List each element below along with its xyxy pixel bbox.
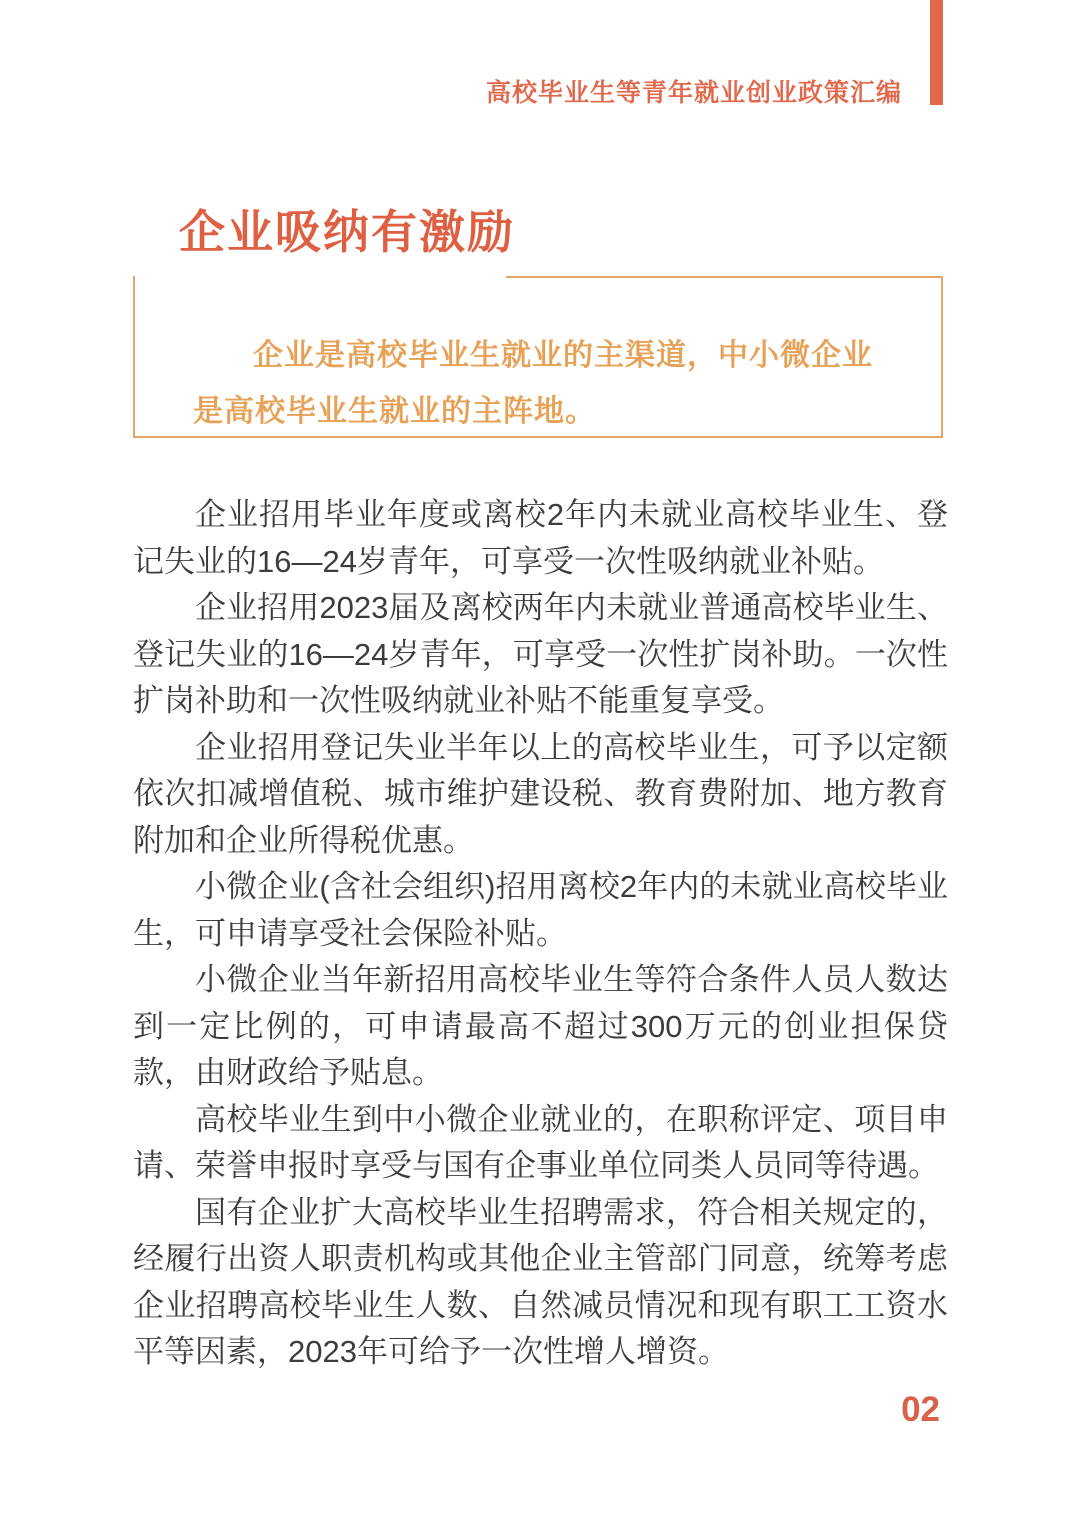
callout-top-border xyxy=(506,276,941,278)
callout-box: 企业是高校毕业生就业的主渠道，中小微企业是高校毕业生就业的主阵地。 xyxy=(133,276,943,438)
paragraph-7: 国有企业扩大高校毕业生招聘需求，符合相关规定的，经履行出资人职责机构或其他企业主… xyxy=(133,1190,948,1376)
header-title: 高校毕业生等青年就业创业政策汇编 xyxy=(486,73,902,109)
paragraph-2: 企业招用2023届及离校两年内未就业普通高校毕业生、登记失业的16—24岁青年，… xyxy=(133,585,948,725)
document-page: 高校毕业生等青年就业创业政策汇编 企业吸纳有激励 企业是高校毕业生就业的主渠道，… xyxy=(0,0,1080,1519)
paragraph-6: 高校毕业生到中小微企业就业的，在职称评定、项目申请、荣誉申报时享受与国有企事业单… xyxy=(133,1097,948,1190)
paragraph-1: 企业招用毕业年度或离校2年内未就业高校毕业生、登记失业的16—24岁青年，可享受… xyxy=(133,492,948,585)
callout-text: 企业是高校毕业生就业的主渠道，中小微企业是高校毕业生就业的主阵地。 xyxy=(135,276,941,440)
body-content: 企业招用毕业年度或离校2年内未就业高校毕业生、登记失业的16—24岁青年，可享受… xyxy=(133,492,948,1376)
page-number: 02 xyxy=(901,1390,940,1430)
header-accent-bar xyxy=(930,0,943,105)
paragraph-5: 小微企业当年新招用高校毕业生等符合条件人员人数达到一定比例的，可申请最高不超过3… xyxy=(133,957,948,1097)
section-title: 企业吸纳有激励 xyxy=(179,196,515,262)
paragraph-3: 企业招用登记失业半年以上的高校毕业生，可予以定额依次扣减增值税、城市维护建设税、… xyxy=(133,725,948,865)
paragraph-4: 小微企业(含社会组织)招用离校2年内的未就业高校毕业生，可申请享受社会保险补贴。 xyxy=(133,864,948,957)
